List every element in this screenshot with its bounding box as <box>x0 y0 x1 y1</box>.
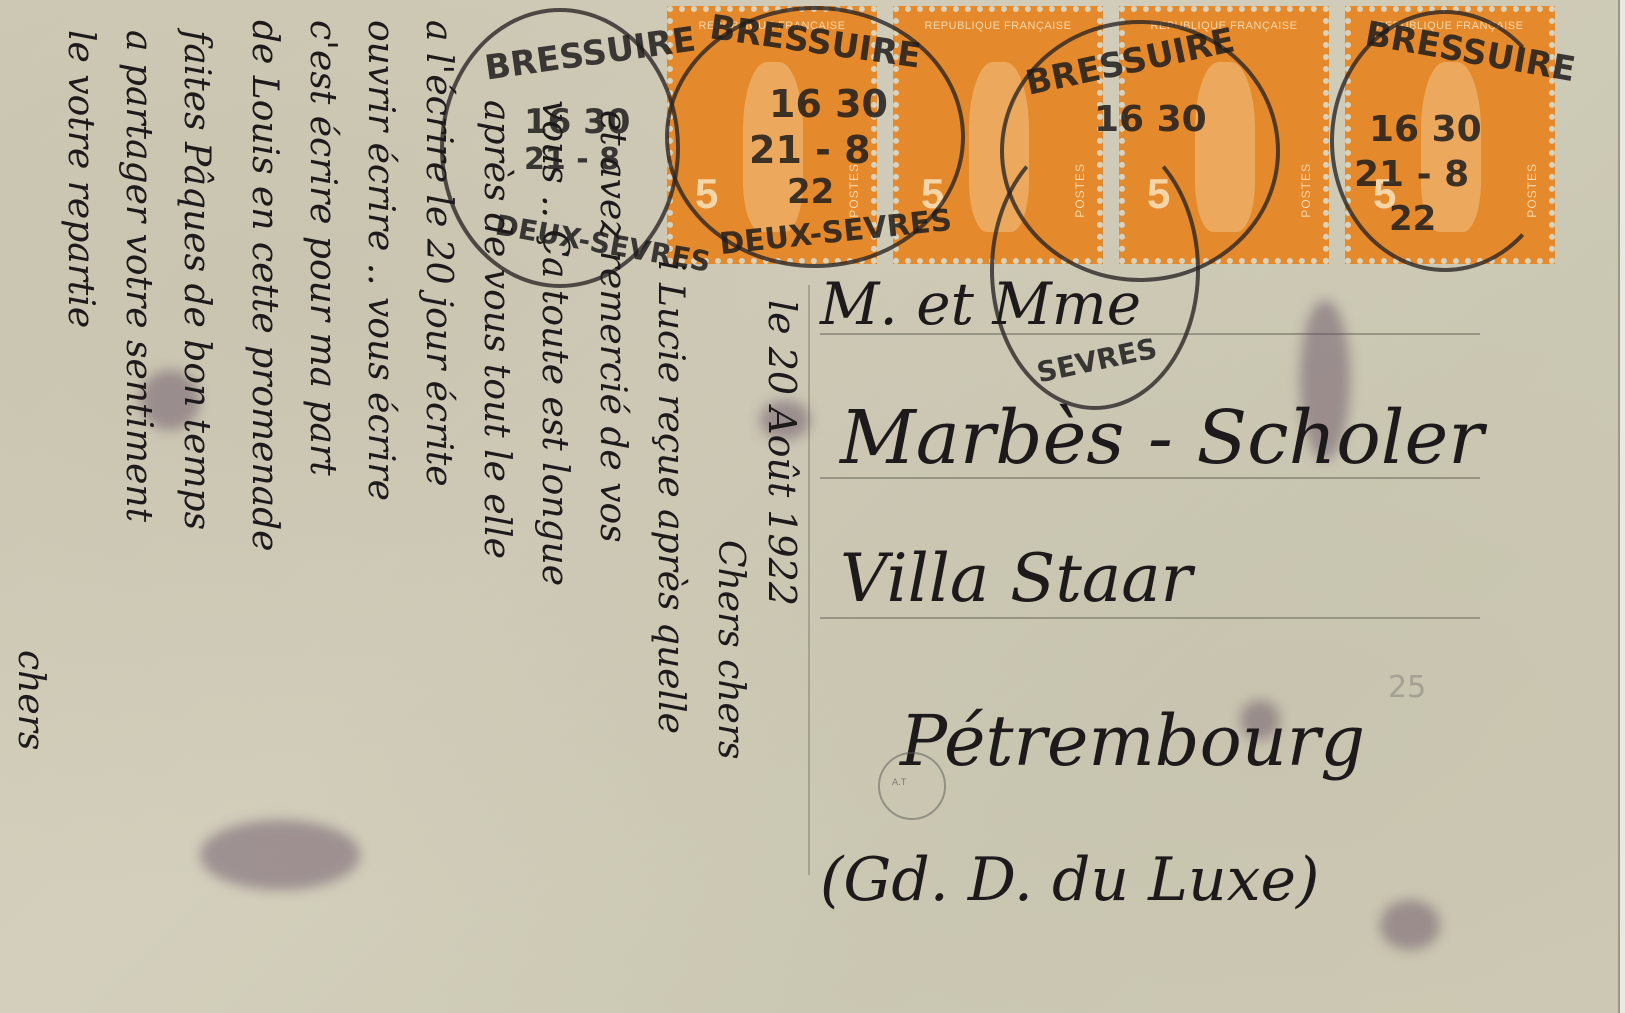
message-signoff: chers <box>10 650 51 750</box>
message-line: a l'écrire le 20 jour écrite <box>418 20 459 487</box>
message-line: faites Pâques de bon temps <box>176 30 217 530</box>
ink-blot <box>200 820 360 890</box>
message-line: ouvrir écrire .. vous écrire <box>360 20 401 501</box>
postmark-time: 16 30 <box>1369 109 1482 150</box>
stamp-label: POSTES <box>1299 163 1313 218</box>
message-salutation: Chers chers <box>710 540 751 760</box>
pencil-note: 25 <box>1388 670 1426 705</box>
address-line-surname: Marbès - Scholer <box>840 395 1484 481</box>
postmark-time: 16 30 <box>769 82 888 126</box>
postmark-town: BRESSUIRE <box>482 19 698 88</box>
message-line: c'est écrire pour ma part <box>302 20 343 476</box>
publisher-seal-text: A.T <box>892 778 906 788</box>
address-line-villa: Villa Staar <box>840 540 1192 617</box>
ink-blot <box>1380 900 1440 950</box>
postmark-2: BRESSUIRE 16 30 21 - 8 22 DEUX-SEVRES <box>665 6 965 268</box>
message-line: et avez remercié de vos <box>592 110 633 543</box>
message-line: i Lucie reçue après quelle <box>650 260 691 734</box>
message-line: vous .. Ça toute est longue <box>534 100 575 586</box>
address-line-country: (Gd. D. du Luxe) <box>820 845 1319 915</box>
postcard: REPUBLIQUE FRANÇAISE 5 POSTES REPUBLIQUE… <box>0 0 1620 1013</box>
postmark-town: BRESSUIRE <box>707 7 923 76</box>
postmark-year: 22 <box>787 172 834 212</box>
center-divider <box>808 285 810 875</box>
message-line: a partager votre sentiment <box>118 30 159 522</box>
postmark-date: 21 - 8 <box>749 128 871 172</box>
message-dateline: le 20 Août 1922 <box>760 300 804 606</box>
postmark-dept: SEVRES <box>1034 332 1160 390</box>
postmark-4: BRESSUIRE 16 30 21 - 8 22 <box>1330 10 1560 272</box>
address-rule-3 <box>820 617 1480 619</box>
address-line-name-prefix: M. et Mme <box>820 270 1141 338</box>
postmark-date: 21 - 8 <box>1354 154 1469 195</box>
message-line: de Louis en cette promenade <box>244 20 285 551</box>
address-line-town: Pétrembourg <box>900 700 1365 782</box>
publisher-seal: A.T <box>878 752 946 820</box>
postmark-year: 22 <box>1389 199 1436 239</box>
stamp-header: REPUBLIQUE FRANÇAISE <box>909 20 1087 32</box>
message-line: le votre repartie <box>60 30 101 328</box>
message-line: après de vous tout le elle <box>476 100 517 559</box>
